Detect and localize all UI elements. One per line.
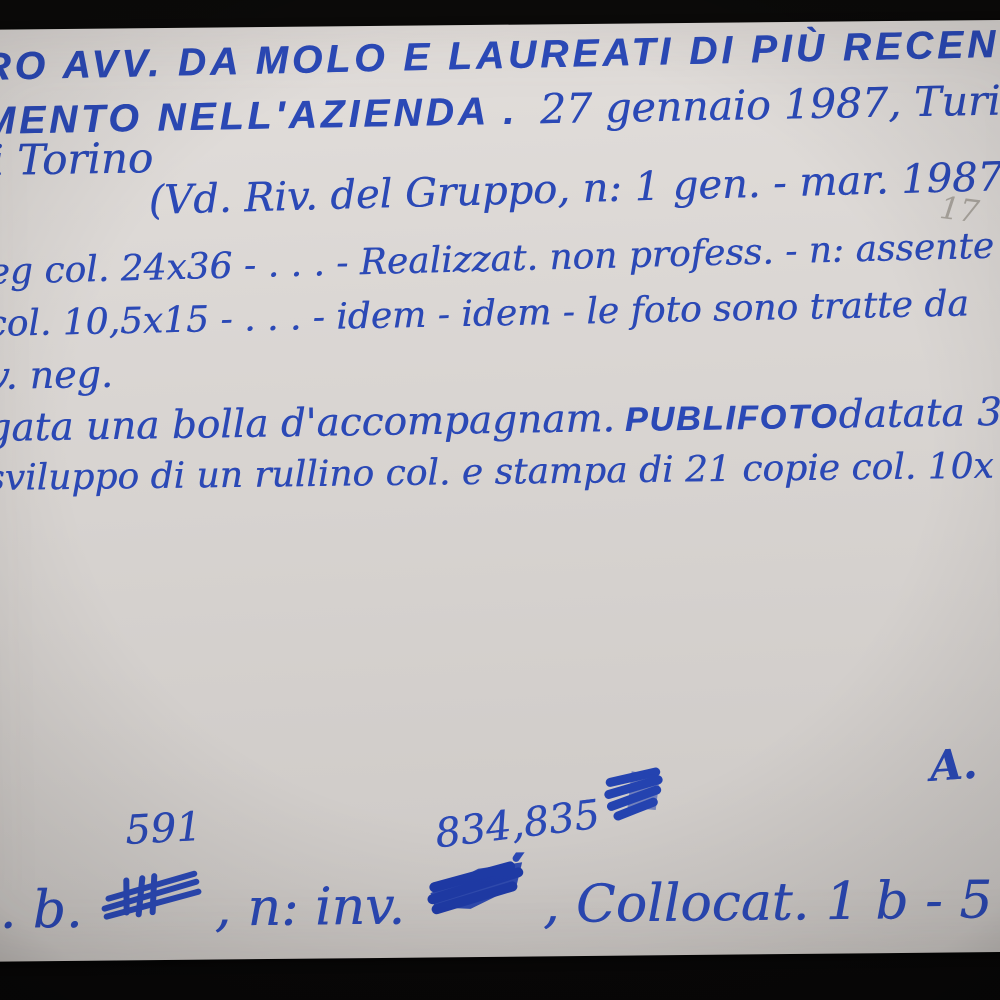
catalogue-line: t. b. , n: inv. , Collocat. 1 b - 5 <box>0 841 993 941</box>
handwritten-line-neg: v. neg. <box>0 352 113 398</box>
corrected-number-591: 591 <box>124 804 203 854</box>
handwritten-initial: A. <box>928 739 979 791</box>
crossed-out-number-icon <box>96 864 207 927</box>
handwritten-line-torino: i Torino <box>0 133 154 185</box>
ink-scribble-icon <box>602 766 667 825</box>
catalogue-label-collocat: , Collocat. 1 b - 5 <box>543 870 993 935</box>
catalogue-label-inv: , n: inv. <box>214 877 405 939</box>
blotted-out-number-icon <box>420 852 533 923</box>
photograph-of-index-card: RO AVV. DA MOLO E LAUREATI DI PIÙ RECENT… <box>0 0 1000 1000</box>
publifoto-line-script-b: datata 3 <box>838 390 1000 438</box>
pencil-annotation: 17 <box>938 190 982 231</box>
heading-line-2-date: 27 gennaio 1987, Turin Pal <box>540 74 1000 133</box>
publifoto-line-caps: PUBLIFOTO <box>624 398 838 440</box>
catalogue-label-tb: t. b. <box>0 880 83 941</box>
